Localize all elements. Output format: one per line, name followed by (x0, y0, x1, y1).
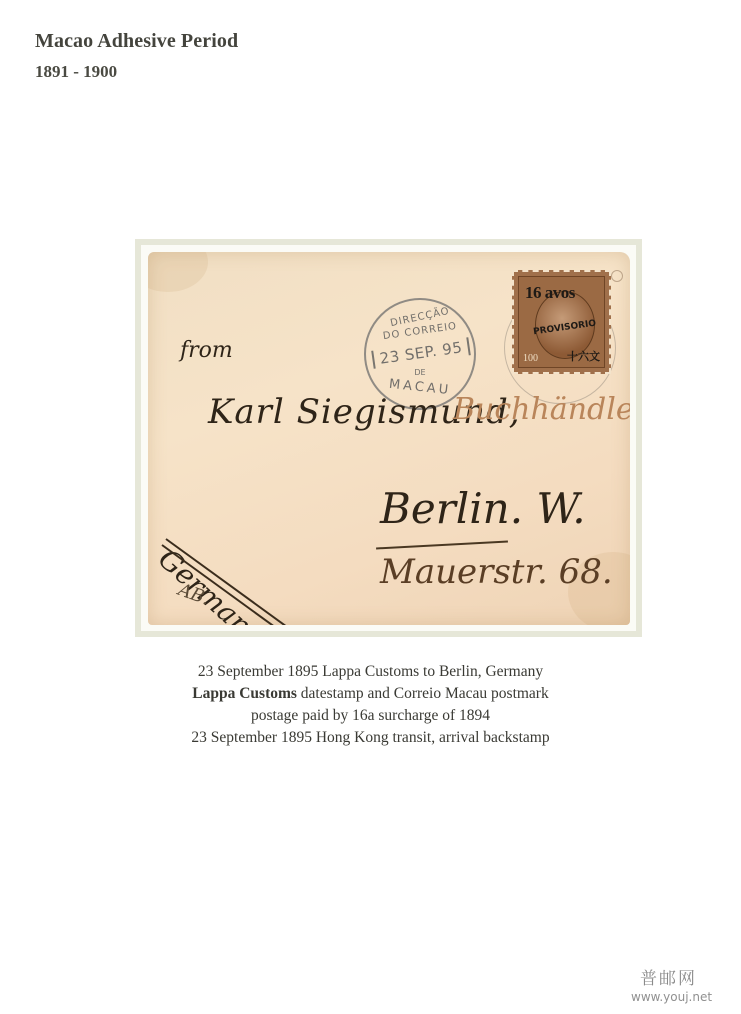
caption-line2-rest: datestamp and Correio Macau postmark (297, 685, 549, 702)
postmark-date: 23 SEP. 95 (371, 337, 471, 368)
handwriting-street: Mauerstr. 68. (380, 552, 613, 592)
watermark-chinese: 普邮网 (640, 964, 697, 989)
page-years: 1891 - 1900 (35, 62, 117, 82)
caption-bold: Lappa Customs (192, 685, 297, 702)
watermark-url: www.youj.net (631, 990, 712, 1004)
caption-line3: postage paid by 16a surcharge of 1894 (0, 705, 741, 727)
handwriting-occupation: Buchhändler (453, 392, 630, 427)
city-underline (376, 541, 508, 550)
caption-line2: Lappa Customs datestamp and Correio Maca… (0, 683, 741, 705)
envelope-cover: 16 avos PROVISORIO 100 十六文 DIRECÇÃO DO C… (148, 252, 630, 625)
stamp-original-value: 100 (523, 353, 538, 364)
caption-line1: 23 September 1895 Lappa Customs to Berli… (0, 661, 741, 683)
postage-stamp: 16 avos PROVISORIO 100 十六文 (512, 270, 611, 374)
page-title: Macao Adhesive Period (35, 30, 238, 53)
caption: 23 September 1895 Lappa Customs to Berli… (0, 661, 741, 749)
handwriting-city: Berlin. W. (380, 484, 586, 533)
stamp-chinese-text: 十六文 (567, 348, 600, 364)
stain (148, 252, 208, 292)
stamp-surcharge: 16 avos (525, 283, 575, 303)
handwriting-from: from (180, 338, 233, 363)
caption-line4: 23 September 1895 Hong Kong transit, arr… (0, 727, 741, 749)
stamp-frame: 16 avos PROVISORIO 100 十六文 (518, 276, 605, 368)
stamp-corner-circle (611, 270, 623, 282)
